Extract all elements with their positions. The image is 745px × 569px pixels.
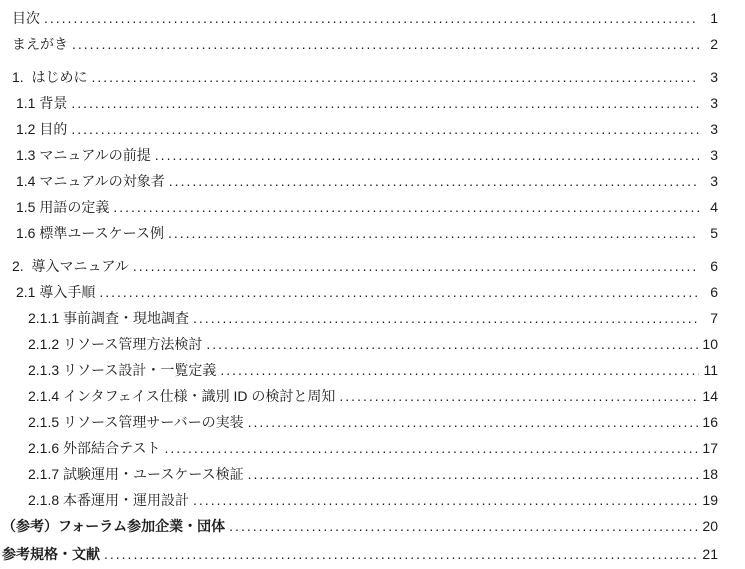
toc-entry-label: 参考規格・文献 xyxy=(2,541,100,567)
dot-leader xyxy=(133,253,699,279)
toc-page-number: 18 xyxy=(702,461,718,487)
toc-entry-label: 1. はじめに xyxy=(12,64,87,90)
dot-leader xyxy=(72,31,699,57)
toc-entry[interactable]: 2.1.8 本番運用・運用設計 19 xyxy=(28,487,718,513)
toc-page-number: 17 xyxy=(702,435,718,461)
toc-page-number: 4 xyxy=(702,194,718,220)
document-page: 目次 1 まえがき 2 1. はじめに 3 1.1 背景 3 1.2 目的 3 … xyxy=(0,0,745,569)
toc-page-number: 3 xyxy=(702,90,718,116)
toc-entry-label: （参考）フォーラム参加企業・団体 xyxy=(2,513,225,539)
toc-entry-label: 1.1 背景 xyxy=(16,90,67,116)
toc-entry-label: 2.1.4 インタフェイス仕様・識別 ID の検討と周知 xyxy=(28,383,335,409)
toc-entry[interactable]: 1.2 目的 3 xyxy=(16,116,718,142)
dot-leader xyxy=(248,409,699,435)
toc-entry[interactable]: 1.6 標準ユースケース例 5 xyxy=(16,220,718,246)
toc-page-number: 3 xyxy=(702,142,718,168)
dot-leader xyxy=(71,90,699,116)
toc-entry[interactable]: 2.1.1 事前調査・現地調査 7 xyxy=(28,305,718,331)
toc-page-number: 2 xyxy=(702,31,718,57)
toc-page-number: 6 xyxy=(702,279,718,305)
toc-page-number: 14 xyxy=(702,383,718,409)
dot-leader xyxy=(229,513,699,539)
toc-entry[interactable]: 1. はじめに 3 xyxy=(12,64,718,90)
toc-entry[interactable]: 1.4 マニュアルの対象者 3 xyxy=(16,168,718,194)
toc-entry[interactable]: （参考）フォーラム参加企業・団体 20 xyxy=(2,513,718,539)
toc-entry-label: 1.6 標準ユースケース例 xyxy=(16,220,164,246)
toc-page-number: 21 xyxy=(702,541,718,567)
toc-page-number: 1 xyxy=(702,5,718,31)
toc-entry[interactable]: 2.1.2 リソース管理方法検討 10 xyxy=(28,331,718,357)
toc-page-number: 3 xyxy=(702,168,718,194)
toc-entry-label: 1.5 用語の定義 xyxy=(16,194,109,220)
dot-leader xyxy=(206,331,699,357)
toc-page-number: 6 xyxy=(702,253,718,279)
toc-entry-label: 2.1.8 本番運用・運用設計 xyxy=(28,487,189,513)
toc-entry-label: 1.4 マニュアルの対象者 xyxy=(16,168,165,194)
toc-entry-label: 2.1.5 リソース管理サーバーの実装 xyxy=(28,409,244,435)
toc-entry-label: まえがき xyxy=(12,31,68,57)
toc-entry-label: 1.3 マニュアルの前提 xyxy=(16,142,151,168)
toc-page-number: 20 xyxy=(702,513,718,539)
toc-page-number: 7 xyxy=(702,305,718,331)
dot-leader xyxy=(169,168,699,194)
toc-entry[interactable]: 2. 導入マニュアル 6 xyxy=(12,253,718,279)
toc-entry[interactable]: 2.1.6 外部結合テスト 17 xyxy=(28,435,718,461)
dot-leader xyxy=(44,5,699,31)
dot-leader xyxy=(164,435,699,461)
dot-leader xyxy=(91,64,699,90)
toc-page-number: 16 xyxy=(702,409,718,435)
toc-page-number: 5 xyxy=(702,220,718,246)
dot-leader xyxy=(168,220,699,246)
toc-entry-label: 2.1.6 外部結合テスト xyxy=(28,435,160,461)
toc-entry-label: 1.2 目的 xyxy=(16,116,67,142)
toc-entry[interactable]: 1.3 マニュアルの前提 3 xyxy=(16,142,718,168)
dot-leader xyxy=(155,142,699,168)
toc-entry[interactable]: 2.1.3 リソース設計・一覧定義 11 xyxy=(28,357,718,383)
toc-entry[interactable]: 2.1.7 試験運用・ユースケース検証 18 xyxy=(28,461,718,487)
dot-leader xyxy=(71,116,699,142)
toc-page-number: 11 xyxy=(702,357,718,383)
dot-leader xyxy=(99,279,699,305)
toc-entry[interactable]: 目次 1 xyxy=(12,5,718,31)
dot-leader xyxy=(248,461,699,487)
dot-leader xyxy=(339,383,699,409)
toc-entry-label: 2.1 導入手順 xyxy=(16,279,95,305)
toc-entry-label: 2. 導入マニュアル xyxy=(12,253,129,279)
toc-entry[interactable]: 2.1 導入手順 6 xyxy=(16,279,718,305)
toc-entry[interactable]: 1.5 用語の定義 4 xyxy=(16,194,718,220)
dot-leader xyxy=(220,357,699,383)
toc-page-number: 3 xyxy=(702,64,718,90)
dot-leader xyxy=(193,487,699,513)
toc-entry[interactable]: 2.1.5 リソース管理サーバーの実装 16 xyxy=(28,409,718,435)
toc-entry[interactable]: まえがき 2 xyxy=(12,31,718,57)
toc-entry-label: 2.1.1 事前調査・現地調査 xyxy=(28,305,189,331)
toc-entry[interactable]: 2.1.4 インタフェイス仕様・識別 ID の検討と周知 14 xyxy=(28,383,718,409)
toc-entry[interactable]: 1.1 背景 3 xyxy=(16,90,718,116)
toc-page-number: 10 xyxy=(702,331,718,357)
dot-leader xyxy=(193,305,699,331)
toc-entry[interactable]: 参考規格・文献 21 xyxy=(2,541,718,567)
table-of-contents: 目次 1 まえがき 2 1. はじめに 3 1.1 背景 3 1.2 目的 3 … xyxy=(0,0,745,567)
dot-leader xyxy=(104,541,699,567)
toc-entry-label: 2.1.2 リソース管理方法検討 xyxy=(28,331,202,357)
toc-page-number: 19 xyxy=(702,487,718,513)
dot-leader xyxy=(113,194,699,220)
toc-entry-label: 目次 xyxy=(12,5,40,31)
toc-page-number: 3 xyxy=(702,116,718,142)
toc-entry-label: 2.1.7 試験運用・ユースケース検証 xyxy=(28,461,244,487)
toc-entry-label: 2.1.3 リソース設計・一覧定義 xyxy=(28,357,216,383)
